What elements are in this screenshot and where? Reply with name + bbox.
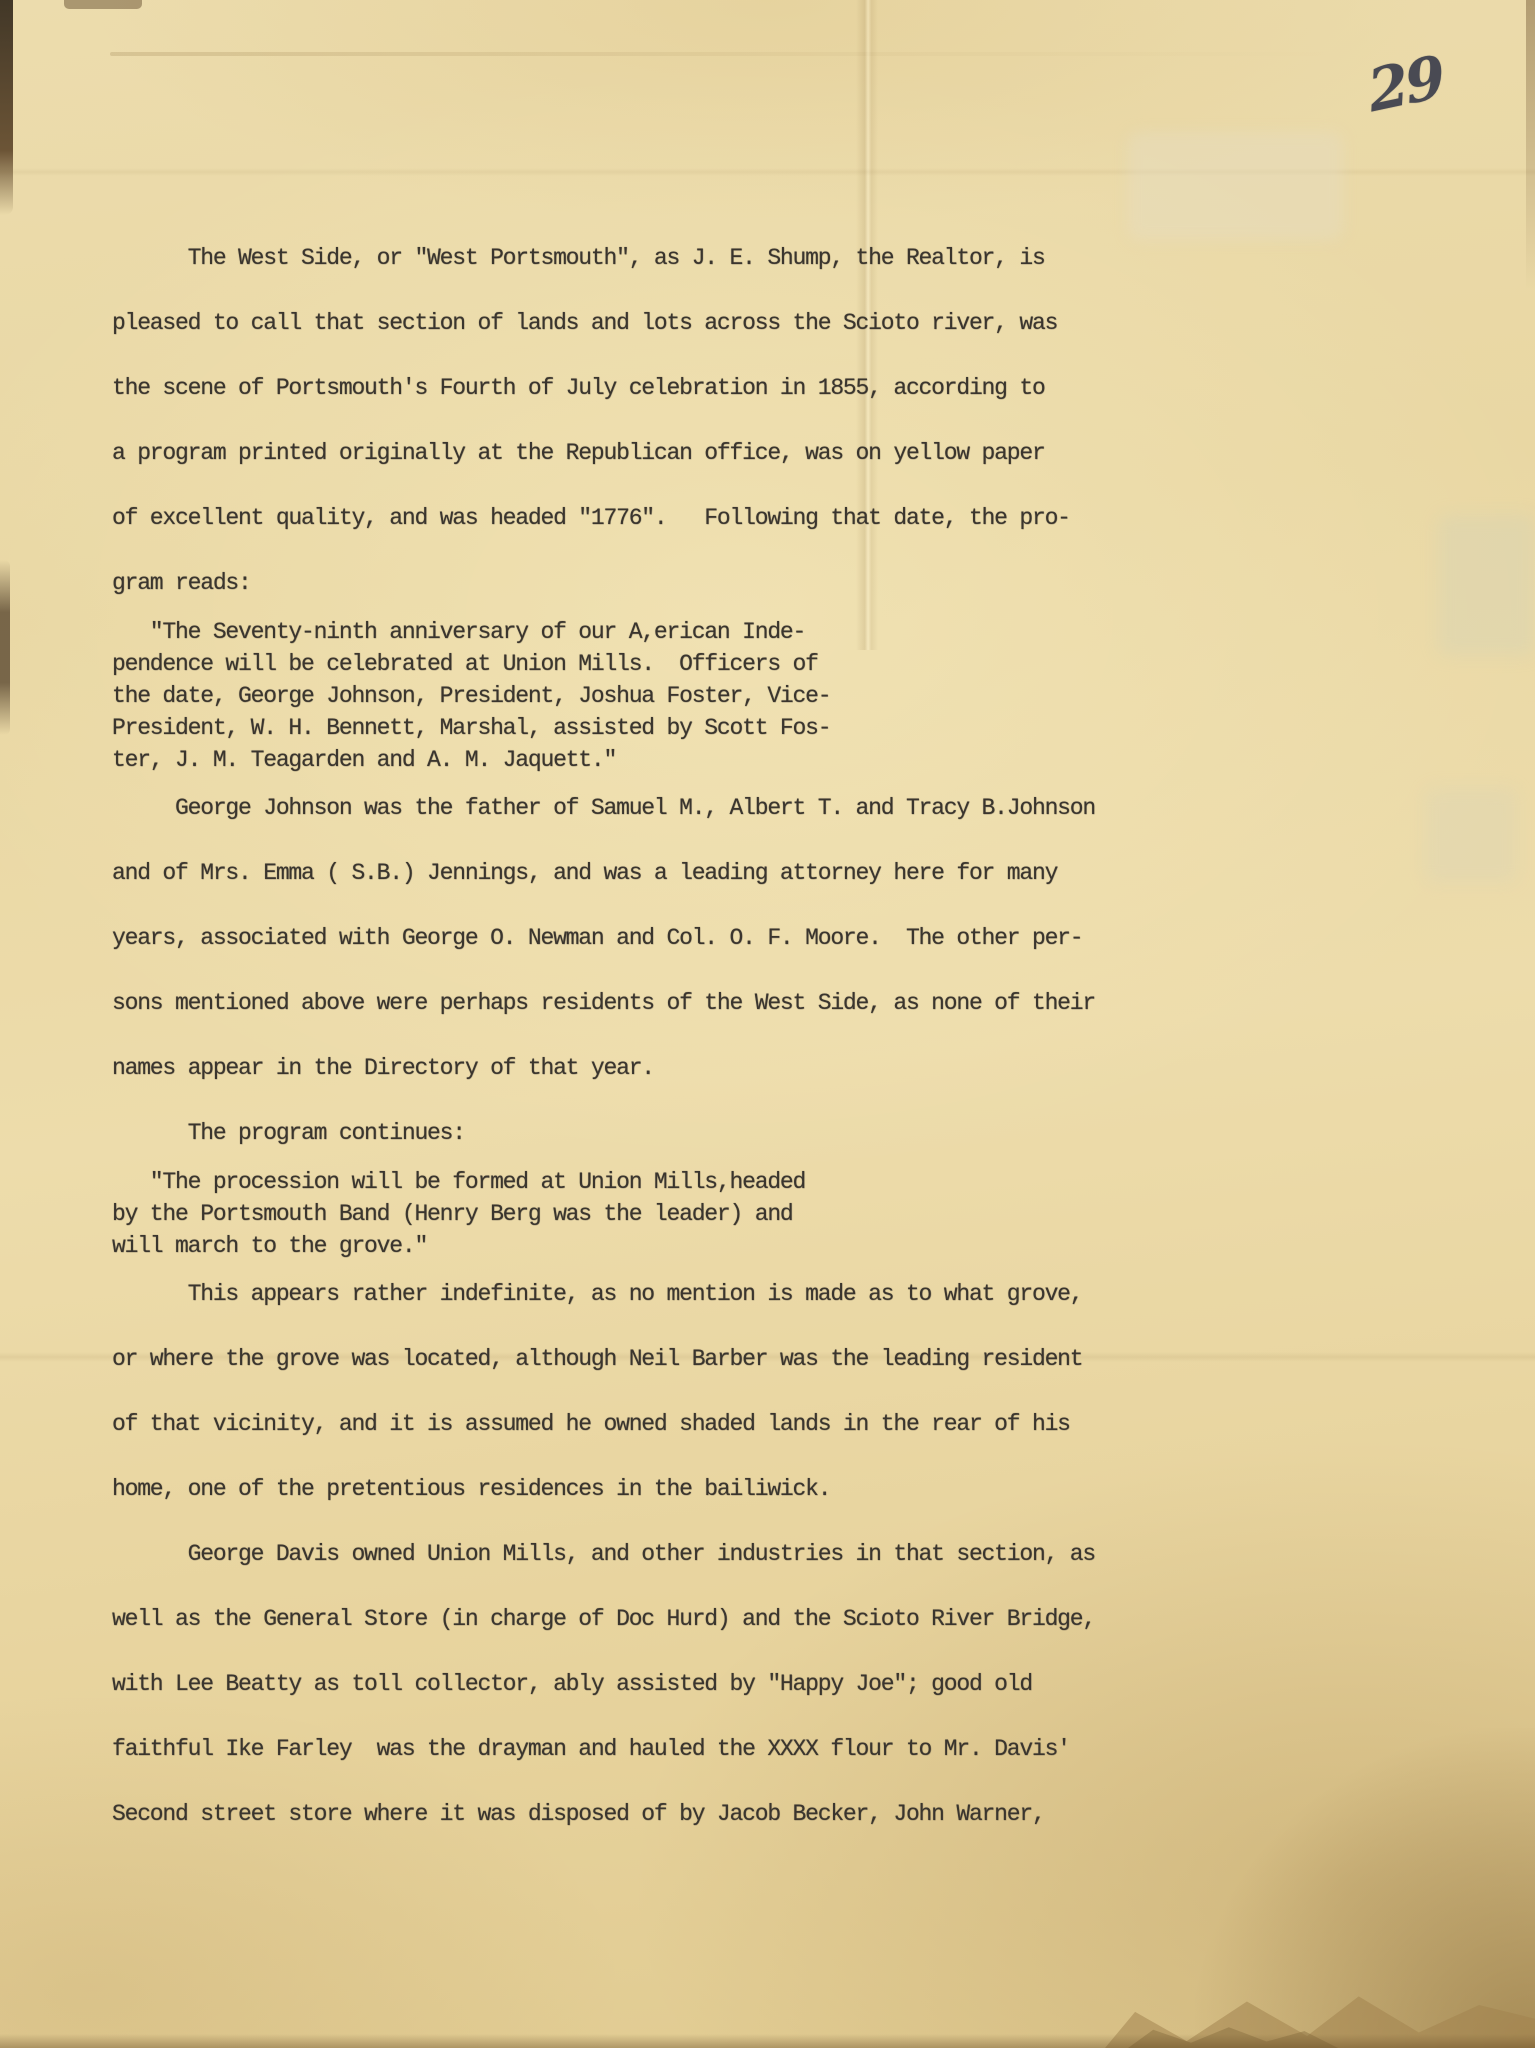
document-text: The West Side, or "West Portsmouth", as … <box>0 0 1535 2048</box>
paragraph-george-johnson: George Johnson was the father of Samuel … <box>112 776 1495 1101</box>
paragraph-george-davis: George Davis owned Union Mills, and othe… <box>112 1522 1495 1847</box>
line-program-continues: The program continues: <box>112 1101 1495 1166</box>
paragraph-grove-indefinite: This appears rather indefinite, as no me… <box>112 1262 1495 1522</box>
quote-program-anniversary: "The Seventy-ninth anniversary of our A,… <box>112 616 1495 776</box>
paragraph-west-side: The West Side, or "West Portsmouth", as … <box>112 226 1495 616</box>
scanned-page: 29 The West Side, or "West Portsmouth", … <box>0 0 1535 2048</box>
quote-program-procession: "The procession will be formed at Union … <box>112 1166 1495 1262</box>
